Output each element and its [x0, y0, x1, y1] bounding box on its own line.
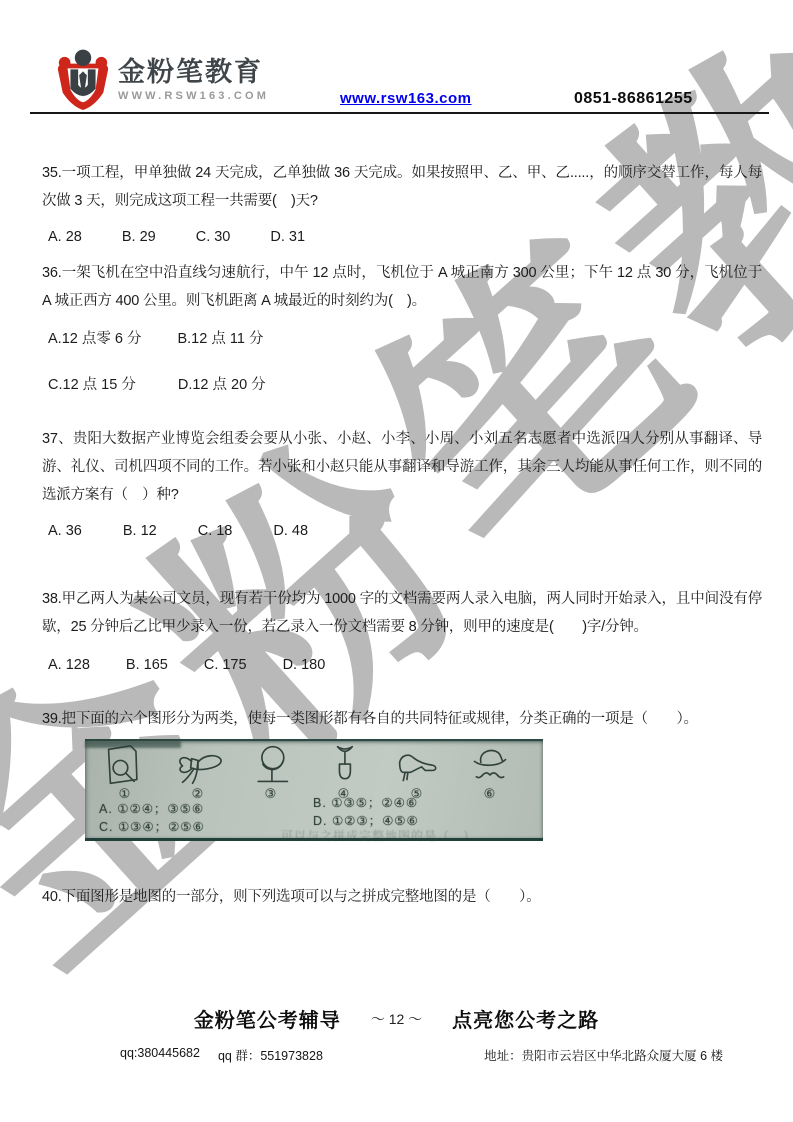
- figure-item-5: ⑤: [380, 744, 453, 800]
- figure-cropped-text: 可以与之拼成完整地图的是（ ）: [281, 827, 476, 844]
- option-a: A. 28: [48, 223, 82, 251]
- option-b: B. 29: [122, 223, 156, 251]
- option-c: C. 175: [204, 651, 247, 679]
- option-a: A. 36: [48, 517, 82, 545]
- question-36: 36.一架飞机在空中沿直线匀速航行，中午 12 点时，飞机位于 A 城正南方 3…: [42, 259, 762, 399]
- high-heel-shoe-icon: [388, 744, 446, 786]
- question-40: 40.下面图形是地图的一部分，则下列选项可以与之拼成完整地图的是（ ）。: [42, 883, 762, 911]
- option-a: A. 128: [48, 651, 90, 679]
- question-37-options: A. 36 B. 12 C. 18 D. 48: [42, 517, 762, 545]
- question-36-options-row1: A.12 点零 6 分 B.12 点 11 分: [42, 325, 762, 353]
- figure-item-1: ①: [88, 744, 161, 800]
- figure-icon-row: ① ②: [88, 744, 528, 800]
- figure-item-4: ④: [307, 744, 380, 800]
- qq-group-number: qq 群：551973828: [218, 1046, 323, 1064]
- footer-qq-block: qq:380445682 qq 群：551973828: [120, 1046, 323, 1064]
- option-b: B. 165: [126, 651, 168, 679]
- figure-option-b: B. ①③⑤；②④⑥: [313, 793, 418, 811]
- option-d: D. 180: [283, 651, 326, 679]
- brand-url: WWW.RSW163.COM: [118, 90, 269, 102]
- question-38-stem: 38.甲乙两人为某公司文员，现有若干份均为 1000 字的文档需要两人录入电脑，…: [42, 585, 762, 641]
- ribbon-bow-icon: [169, 744, 227, 786]
- phone-number: 0851-86861255: [574, 90, 693, 108]
- option-d: D. 48: [273, 517, 308, 545]
- shovel-icon: [315, 744, 373, 786]
- question-36-stem: 36.一架飞机在空中沿直线匀速航行，中午 12 点时，飞机位于 A 城正南方 3…: [42, 259, 762, 315]
- address: 地址：贵阳市云岩区中华北路众厦大厦 6 楼: [484, 1046, 723, 1064]
- questions-area: 35.一项工程，甲单独做 24 天完成，乙单独做 36 天完成。如果按照甲、乙、…: [0, 159, 793, 911]
- question-35: 35.一项工程，甲单独做 24 天完成，乙单独做 36 天完成。如果按照甲、乙、…: [42, 159, 762, 251]
- brand-logo: 金粉笔教育 WWW.RSW163.COM: [54, 48, 269, 114]
- question-35-stem: 35.一项工程，甲单独做 24 天完成，乙单独做 36 天完成。如果按照甲、乙、…: [42, 159, 762, 215]
- option-c: C.12 点 15 分: [48, 371, 136, 399]
- header-divider: [30, 112, 769, 114]
- question-40-stem: 40.下面图形是地图的一部分，则下列选项可以与之拼成完整地图的是（ ）。: [42, 883, 762, 911]
- figure-option-a: A. ①②④；③⑤⑥: [99, 799, 204, 817]
- question-37: 37、贵阳大数据产业博览会组委会要从小张、小赵、小李、小周、小刘五名志愿者中选派…: [42, 425, 762, 545]
- question-39: 39.把下面的六个图形分为两类，使每一类图形都有各自的共同特征或规律，分类正确的…: [42, 705, 762, 841]
- hat-mustache-icon: [461, 744, 519, 786]
- figure-item-6: ⑥: [453, 744, 526, 800]
- option-d: D.12 点 20 分: [178, 371, 266, 399]
- brand-logo-icon: [54, 48, 112, 114]
- question-37-stem: 37、贵阳大数据产业博览会组委会要从小张、小赵、小李、小周、小刘五名志愿者中选派…: [42, 425, 762, 509]
- document-page: 金粉笔教育 金粉笔教育 WWW.RSW163.COM www.rsw163.co…: [0, 0, 793, 1122]
- option-d: D. 31: [270, 223, 305, 251]
- figure-option-c: C. ①③④；②⑤⑥: [99, 817, 205, 835]
- footer-brand-left: 金粉笔公考辅导: [194, 1004, 341, 1033]
- mirror-icon: [242, 744, 300, 786]
- question-39-figure-photo: ① ②: [85, 739, 543, 841]
- option-c: C. 18: [198, 517, 233, 545]
- page-number: ～ 12 ～: [371, 1009, 422, 1029]
- footer-contact-row: qq:380445682 qq 群：551973828 地址：贵阳市云岩区中华北…: [120, 1046, 723, 1064]
- website-link[interactable]: www.rsw163.com: [340, 90, 472, 107]
- question-38: 38.甲乙两人为某公司文员，现有若干份均为 1000 字的文档需要两人录入电脑，…: [42, 585, 762, 679]
- option-b: B. 12: [123, 517, 157, 545]
- document-magnifier-icon: [96, 744, 154, 786]
- brand-text-block: 金粉笔教育 WWW.RSW163.COM: [118, 48, 269, 102]
- option-b: B.12 点 11 分: [177, 325, 263, 353]
- qq-number: qq:380445682: [120, 1046, 200, 1064]
- question-36-options-row2: C.12 点 15 分 D.12 点 20 分: [42, 371, 762, 399]
- figure-item-number: ③: [265, 787, 277, 800]
- question-38-options: A. 128 B. 165 C. 175 D. 180: [42, 651, 762, 679]
- header: 金粉笔教育 WWW.RSW163.COM www.rsw163.com 0851…: [0, 0, 793, 112]
- option-a: A.12 点零 6 分: [48, 325, 141, 353]
- figure-item-3: ③: [234, 744, 307, 800]
- figure-item-number: ⑥: [484, 787, 496, 800]
- footer-brand-right: 点亮您公考之路: [452, 1004, 599, 1033]
- question-39-stem: 39.把下面的六个图形分为两类，使每一类图形都有各自的共同特征或规律，分类正确的…: [42, 705, 762, 733]
- option-c: C. 30: [196, 223, 231, 251]
- question-35-options: A. 28 B. 29 C. 30 D. 31: [42, 223, 762, 251]
- figure-item-2: ②: [161, 744, 234, 800]
- brand-name: 金粉笔教育: [118, 58, 269, 86]
- footer-tagline-row: 金粉笔公考辅导 ～ 12 ～ 点亮您公考之路: [0, 1004, 793, 1033]
